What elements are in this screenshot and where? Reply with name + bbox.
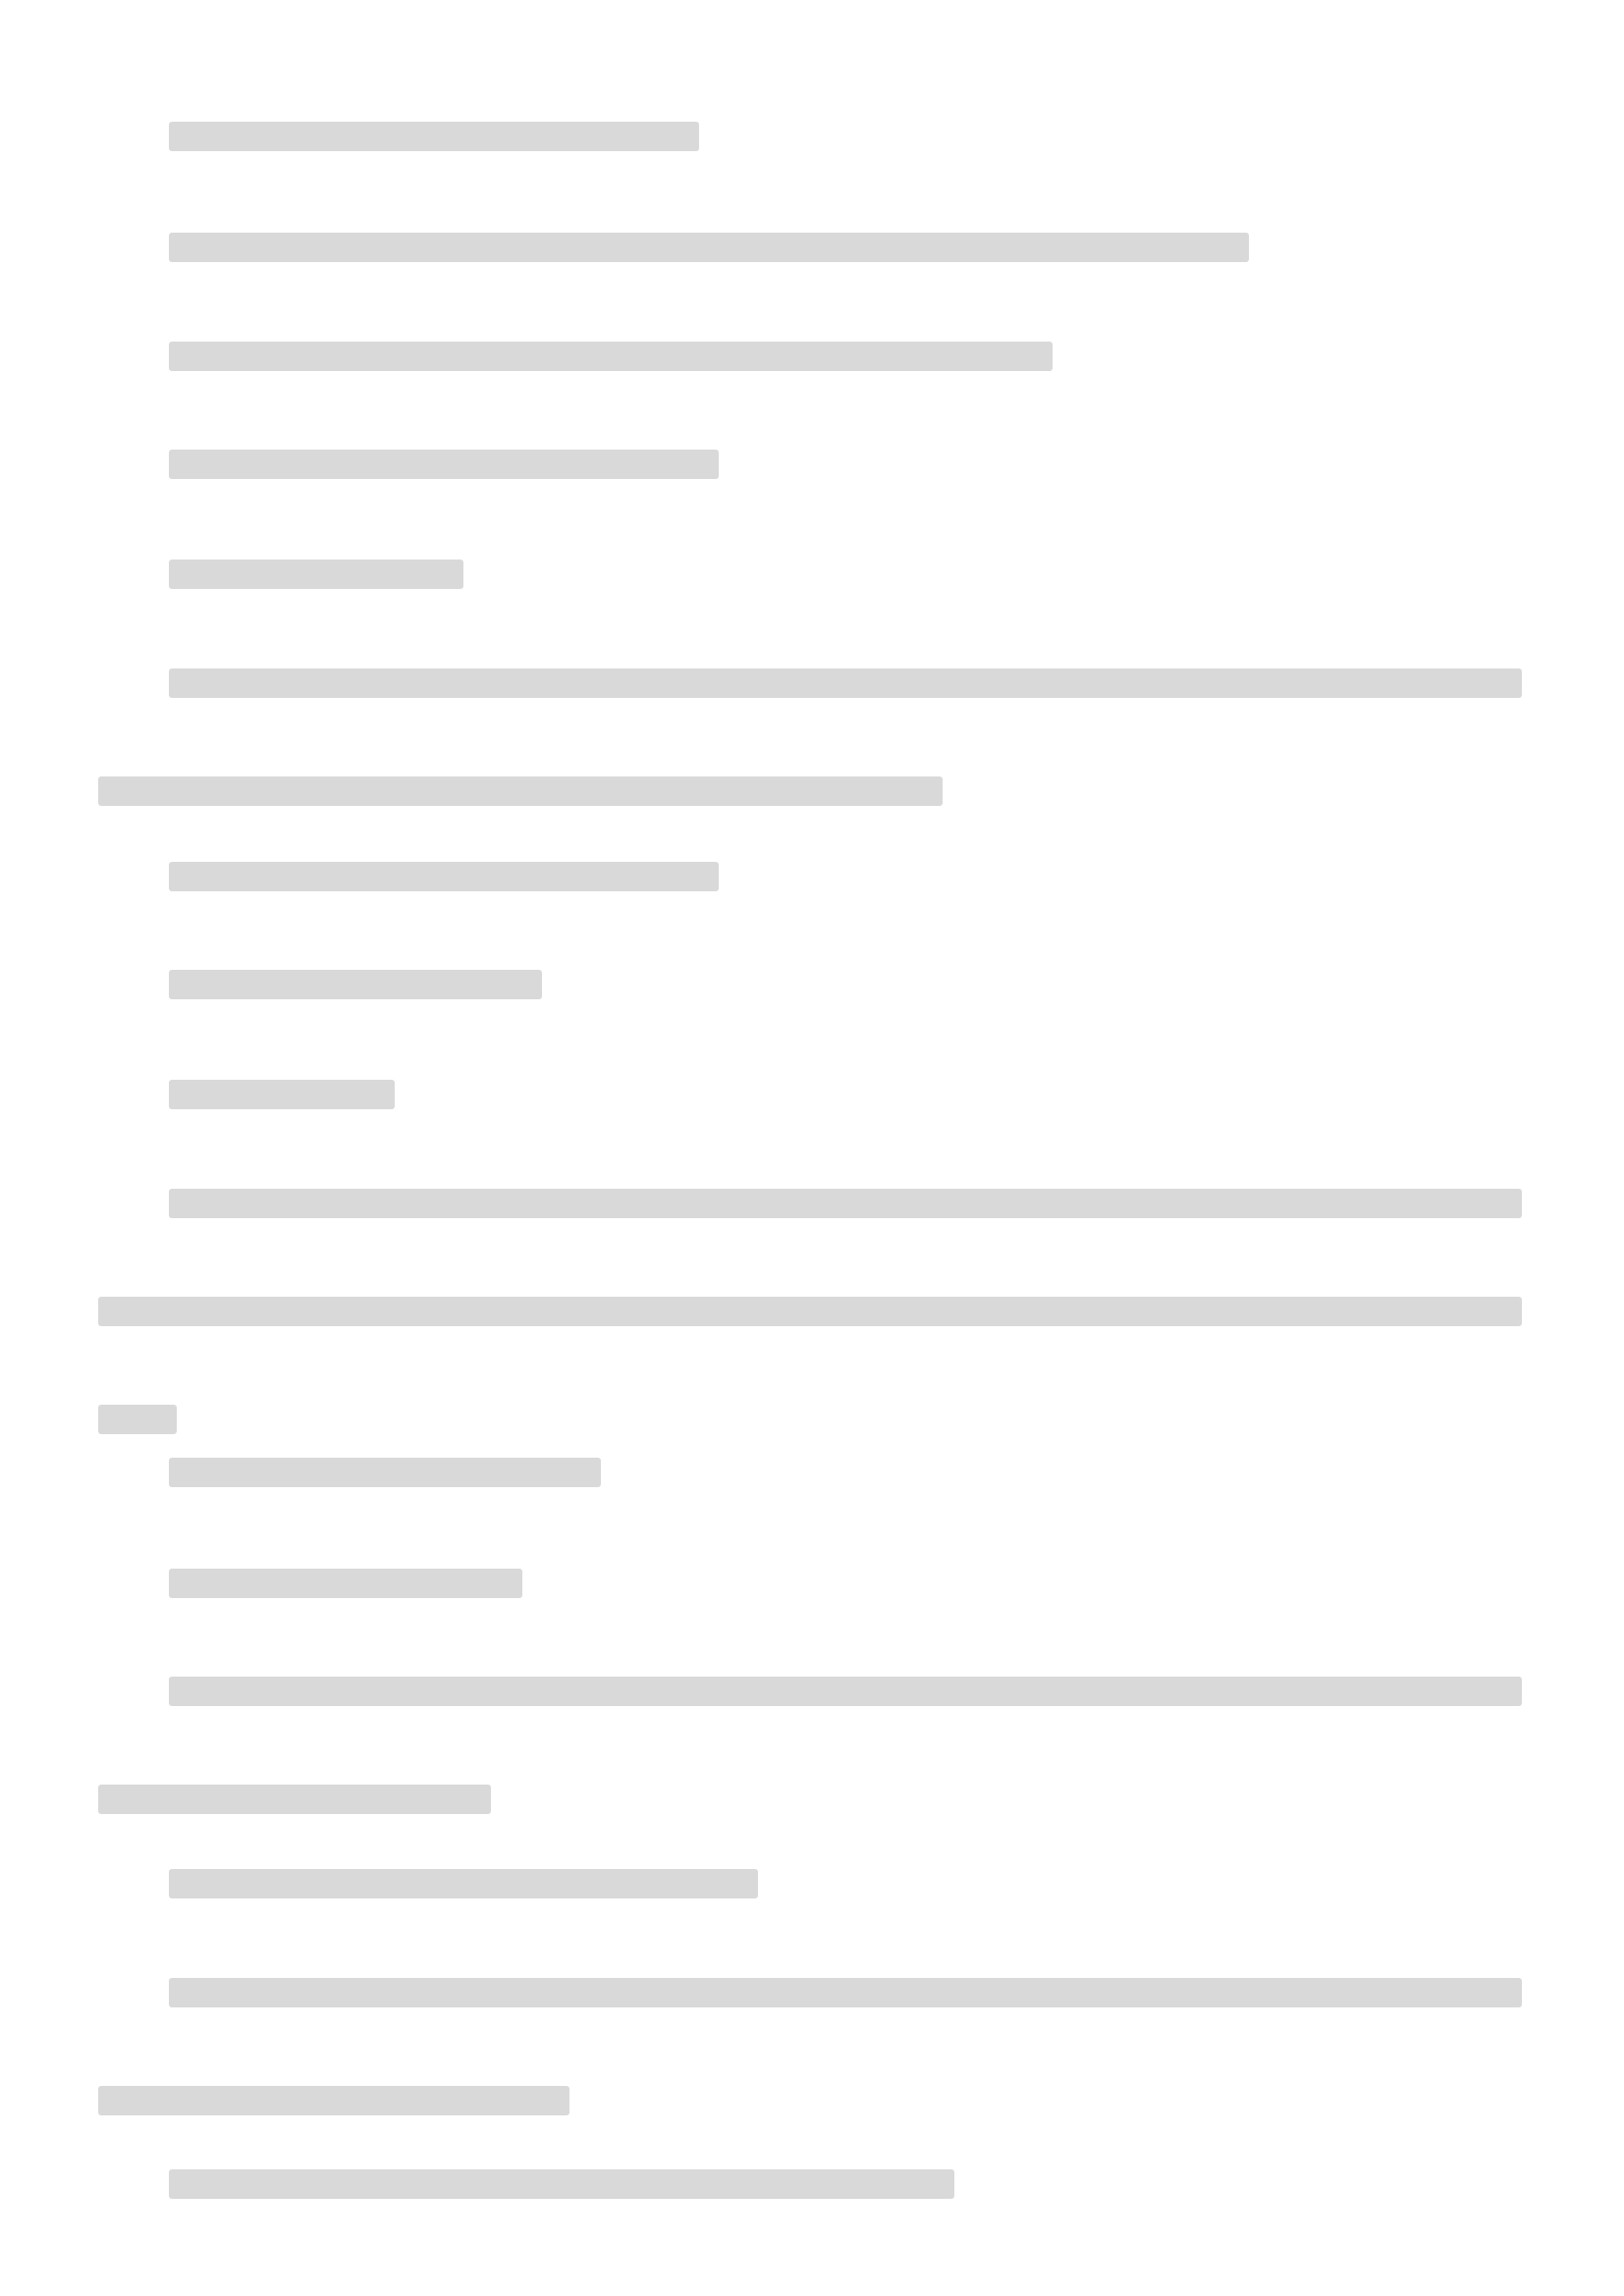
text-line-placeholder [98, 1297, 1522, 1326]
text-line-placeholder [169, 862, 719, 891]
text-line-placeholder [169, 1458, 601, 1487]
text-line-placeholder [169, 668, 1522, 698]
text-line-placeholder [169, 1978, 1522, 2007]
paragraph [98, 432, 1522, 540]
text-line-placeholder [169, 342, 1053, 371]
paragraph [98, 1551, 1522, 1659]
paragraph [98, 104, 1522, 212]
paragraph [98, 542, 1522, 650]
text-line-placeholder [98, 776, 943, 806]
paragraph [98, 952, 1522, 1060]
paragraph [98, 844, 1522, 952]
text-line-placeholder [98, 1785, 491, 1814]
text-line-placeholder [169, 1080, 395, 1109]
paragraph [98, 1851, 1522, 1959]
paragraph [98, 324, 1522, 432]
text-line-placeholder [169, 970, 542, 999]
paragraph [98, 1440, 1522, 1548]
paragraph [98, 1062, 1522, 1170]
text-line-placeholder [169, 1677, 1522, 1706]
text-line-placeholder [169, 2169, 954, 2199]
paragraph [98, 1659, 1522, 1875]
paragraph [98, 2152, 1522, 2260]
text-line-placeholder [98, 1405, 177, 1434]
paragraph [98, 651, 1522, 867]
text-line-placeholder [169, 1869, 758, 1898]
text-line-placeholder [169, 1569, 522, 1598]
paragraph [98, 1960, 1522, 2176]
paragraph [98, 215, 1522, 323]
text-line-placeholder [169, 450, 719, 479]
text-line-placeholder [169, 233, 1249, 262]
text-line-placeholder [98, 2086, 569, 2115]
text-line-placeholder [169, 560, 463, 589]
text-line-placeholder [169, 122, 699, 151]
text-line-placeholder [169, 1189, 1522, 1218]
